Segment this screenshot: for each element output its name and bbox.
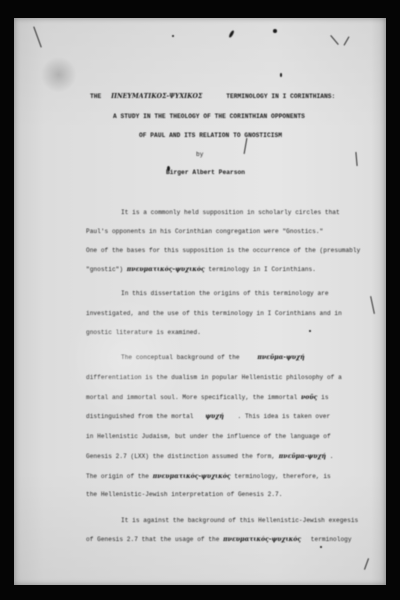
greek-term: νοῦς (301, 394, 317, 401)
greek-term: πνεῦμα-ψυχή (257, 354, 304, 361)
pen-mark (244, 138, 248, 154)
greek-term: πνεῦμα-ψυχή (279, 453, 326, 460)
body-line-1: It is a commonly held supposition in sch… (121, 209, 340, 217)
title-line-2: A STUDY IN THE THEOLOGY OF THE CORINTHIA… (113, 113, 305, 121)
body-line-5: In this dissertation the origins of this… (121, 290, 329, 298)
title-line-1: THE ΠΝΕΥΜΑΤΙΚΟΣ-ΨΥΧΙΚΟΣ TERMINOLOGY IN I… (90, 93, 335, 101)
scan-speck (280, 73, 282, 77)
pen-mark (370, 296, 375, 314)
title-prefix: THE (90, 93, 101, 100)
body-line-4: "gnostic") πνευματικός-ψυχικός terminolo… (86, 266, 316, 274)
scanned-page: THE ΠΝΕΥΜΑΤΙΚΟΣ-ΨΥΧΙΚΟΣ TERMINOLOGY IN I… (14, 18, 386, 585)
body-line-15: the Hellenistic-Jewish interpretation of… (86, 491, 282, 499)
body-line-17: of Genesis 2.7 that the usage of the πνε… (86, 536, 352, 544)
body-line-7: gnostic literature is examined. (86, 329, 201, 337)
body-line-8: The conceptual background of the πνεῦμα-… (121, 354, 305, 362)
greek-term: ψυχή (205, 413, 224, 420)
body-line-13: Genesis 2.7 (LXX) the distinction assume… (86, 453, 333, 461)
scan-speck (309, 330, 311, 332)
greek-term: πνευματικός-ψυχικός (223, 536, 301, 543)
title-line-3: OF PAUL AND ITS RELATION TO GNOSTICISM (139, 132, 282, 140)
body-line-2: Paul's opponents in his Corinthian congr… (86, 228, 323, 236)
pen-mark (330, 35, 338, 45)
title-rest: TERMINOLOGY IN I CORINTHIANS: (226, 93, 335, 100)
body-line-14: The origin of the πνευματικός-ψυχικός te… (86, 473, 331, 481)
pen-mark (33, 26, 41, 47)
body-line-9: differentiation is the dualism in popula… (86, 374, 342, 382)
body-line-3: One of the bases for this supposition is… (86, 247, 360, 255)
scan-speck (273, 29, 277, 33)
body-line-10: mortal and immortal soul. More specifica… (86, 394, 329, 402)
pen-mark (355, 152, 357, 166)
title-greek-term: ΠΝΕΥΜΑΤΙΚΟΣ-ΨΥΧΙΚΟΣ (111, 93, 202, 100)
greek-term: πνευματικός-ψυχικός (153, 473, 231, 480)
scan-speck (172, 35, 174, 37)
body-line-12: in Hellenistic Judaism, but under the in… (86, 433, 331, 441)
author-name: Birger Albert Pearson (166, 169, 245, 177)
body-line-11: distinguished from the mortal ψυχή . Thi… (86, 413, 330, 421)
greek-term: πνευματικός-ψυχικός (127, 266, 205, 273)
pen-mark (344, 36, 350, 45)
scan-speck (320, 546, 322, 548)
body-line-6: investigated, and the use of this termin… (86, 310, 342, 318)
pen-mark (364, 558, 369, 570)
body-line-16: It is against the background of this Hel… (121, 517, 358, 525)
byline: by (196, 151, 203, 159)
scan-speck (167, 166, 170, 171)
scan-speck (228, 30, 235, 38)
